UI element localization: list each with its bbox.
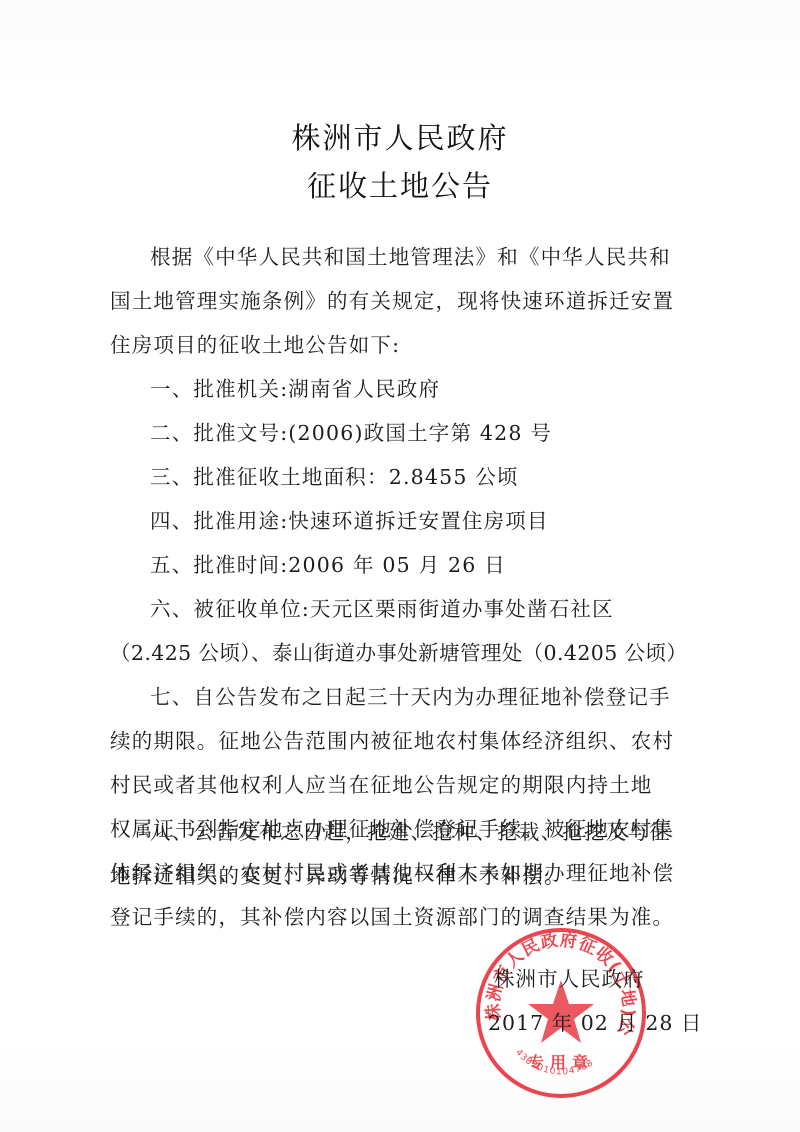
signature-date: 2017 年 02 月 28 日 [488, 1006, 702, 1036]
item-approval-date: 五、批准时间:2006 年 05 月 26 日 [150, 548, 506, 578]
item-no-compensation: 八、公告发布之日起，抢建、抢种、抢栽、抢挖及与征 [150, 815, 671, 845]
item-registration-period-cont-5: 登记手续的，其补偿内容以国土资源部门的调查结果为准。 [110, 900, 674, 930]
item-expropriated-units: 六、被征收单位:天元区栗雨街道办事处凿石社区 [150, 592, 614, 622]
document-title: 征收土地公告 [0, 164, 800, 205]
item-registration-period: 七、自公告发布之日起三十天内为办理征地补偿登记手 [150, 680, 671, 710]
item-registration-period-cont-2: 村民或者其他权利人应当在征地公告规定的期限内持土地 [110, 768, 653, 798]
item-registration-period-cont-1: 续的期限。征地公告范围内被征地农村集体经济组织、农村 [110, 724, 674, 754]
item-approval-authority: 一、批准机关:湖南省人民政府 [150, 372, 440, 402]
document-title-issuer: 株洲市人民政府 [0, 116, 800, 157]
body-line-1: 根据《中华人民共和国土地管理法》和《中华人民共和 [150, 240, 671, 270]
item-approved-land-area: 三、批准征收土地面积：2.8455 公顷 [150, 460, 519, 490]
item-approved-use: 四、批准用途:快速环道拆迁安置住房项目 [150, 504, 549, 534]
svg-text:专用章: 专用章 [528, 1053, 594, 1072]
body-line-2: 国土地管理实施条例》的有关规定，现将快速环道拆迁安置 [110, 284, 674, 314]
document-page: 株洲市人民政府 征收土地公告 根据《中华人民共和国土地管理法》和《中华人民共和 … [0, 0, 800, 1132]
body-line-3: 住房项目的征收土地公告如下: [110, 328, 400, 358]
item-no-compensation-cont: 地拆迁相关的变更、异动等情况一律不予补偿。 [110, 859, 566, 889]
item-expropriated-units-cont: （2.425 公顷）、泰山街道办事处新塘管理处（0.4205 公顷） [110, 636, 687, 666]
item-approval-document-number: 二、批准文号:(2006)政国土字第 428 号 [150, 416, 552, 446]
signature-issuer: 株洲市人民政府 [494, 962, 645, 992]
